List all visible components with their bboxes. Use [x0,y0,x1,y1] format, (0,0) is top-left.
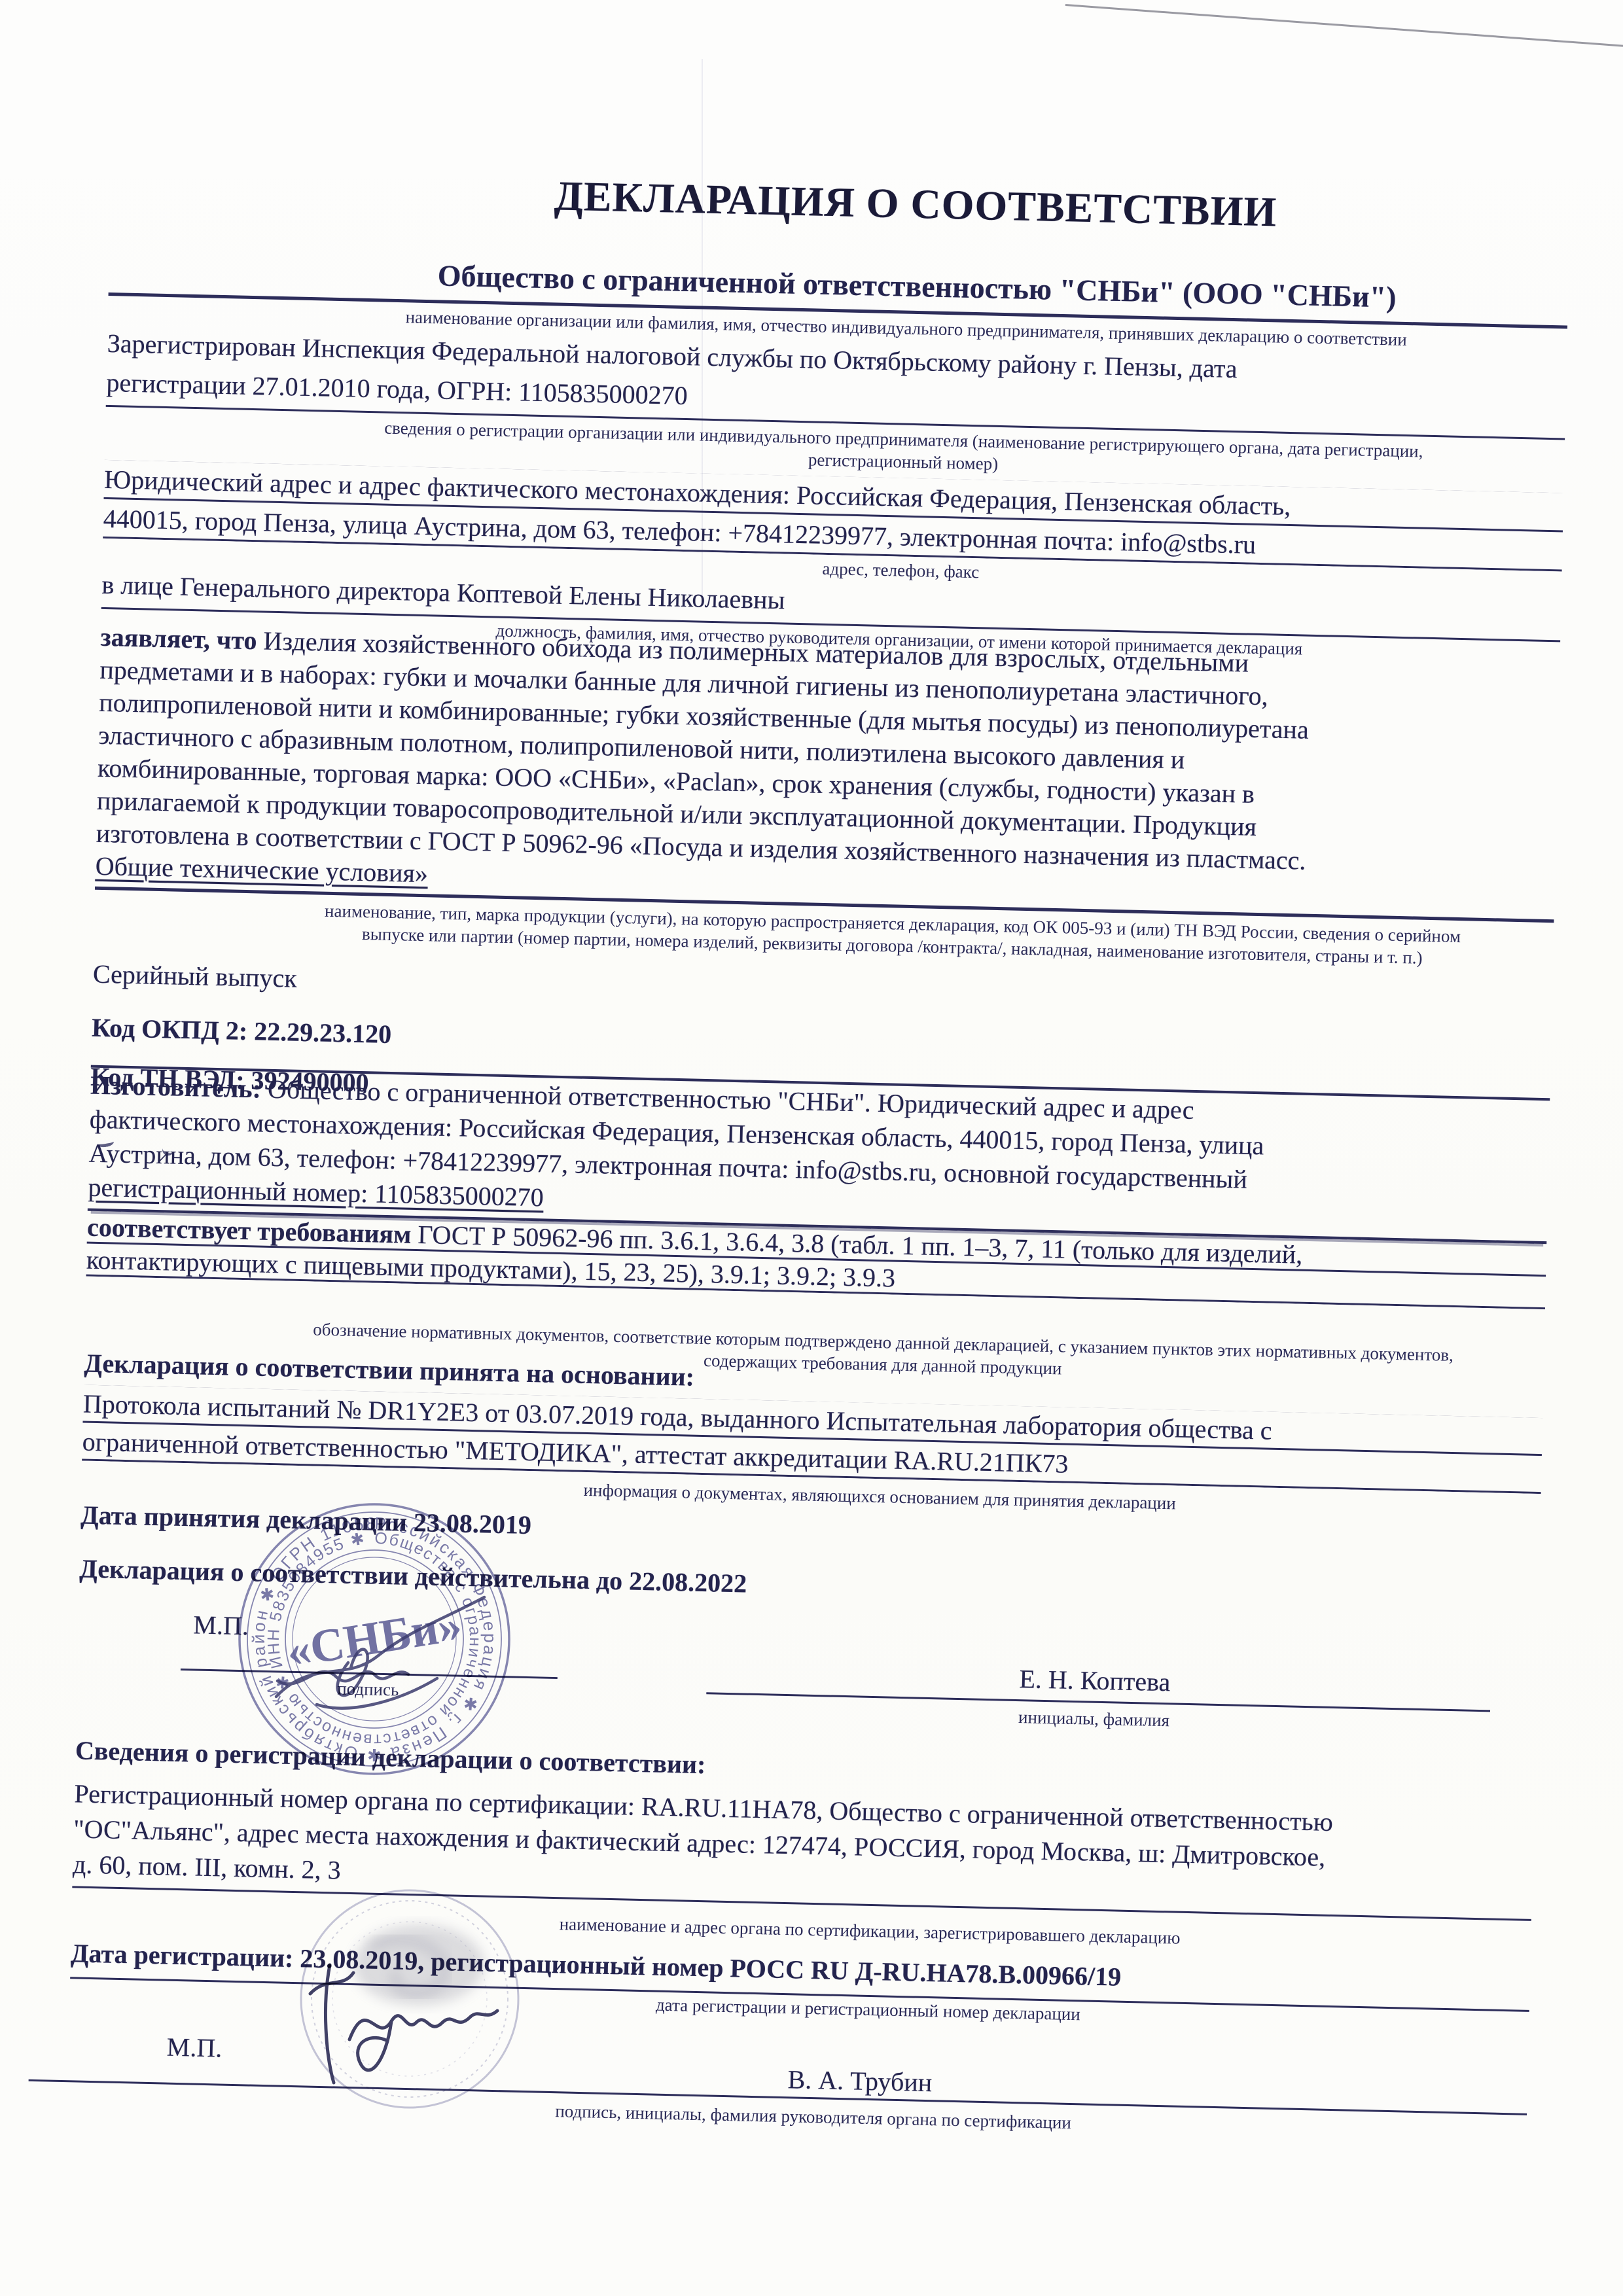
company-seal-stamp: Российская Федерация ✱ г. Пенза ✱ Октябр… [230,1495,518,1783]
manufacturer-tail: регистрационный номер: 1105835000270 [88,1173,544,1212]
cert-authority-stamp [290,1879,529,2119]
seal-place-label: М.П. [166,2028,298,2069]
signer-name-kopteva: Е. Н. Коптева [947,1659,1242,1703]
declares-body: Изделия хозяйственного обихода из полиме… [96,626,1309,875]
declaration-document: ДЕКЛАРАЦИЯ О СООТВЕТСТВИИ Общество с огр… [66,167,1570,2176]
scanned-declaration-page: ДЕКЛАРАЦИЯ О СООТВЕТСТВИИ Общество с огр… [0,0,1623,2296]
declares-tail: Общие технические условия» [95,851,428,889]
manufacturer-lead: Изготовитель: [90,1070,268,1104]
field-product-declaration: заявляет, что Изделия хозяйственного оби… [95,621,1560,915]
document-title: ДЕКЛАРАЦИЯ О СООТВЕТСТВИИ [111,167,1571,238]
caption-initials: инициалы, фамилия [946,1704,1241,1733]
declares-lead: заявляет, что [100,622,264,656]
scan-edge-artifact [1065,4,1623,48]
conforms-lead: соответствует требованиям [87,1212,418,1249]
seal-center-text: «СНБи» [283,1598,465,1677]
